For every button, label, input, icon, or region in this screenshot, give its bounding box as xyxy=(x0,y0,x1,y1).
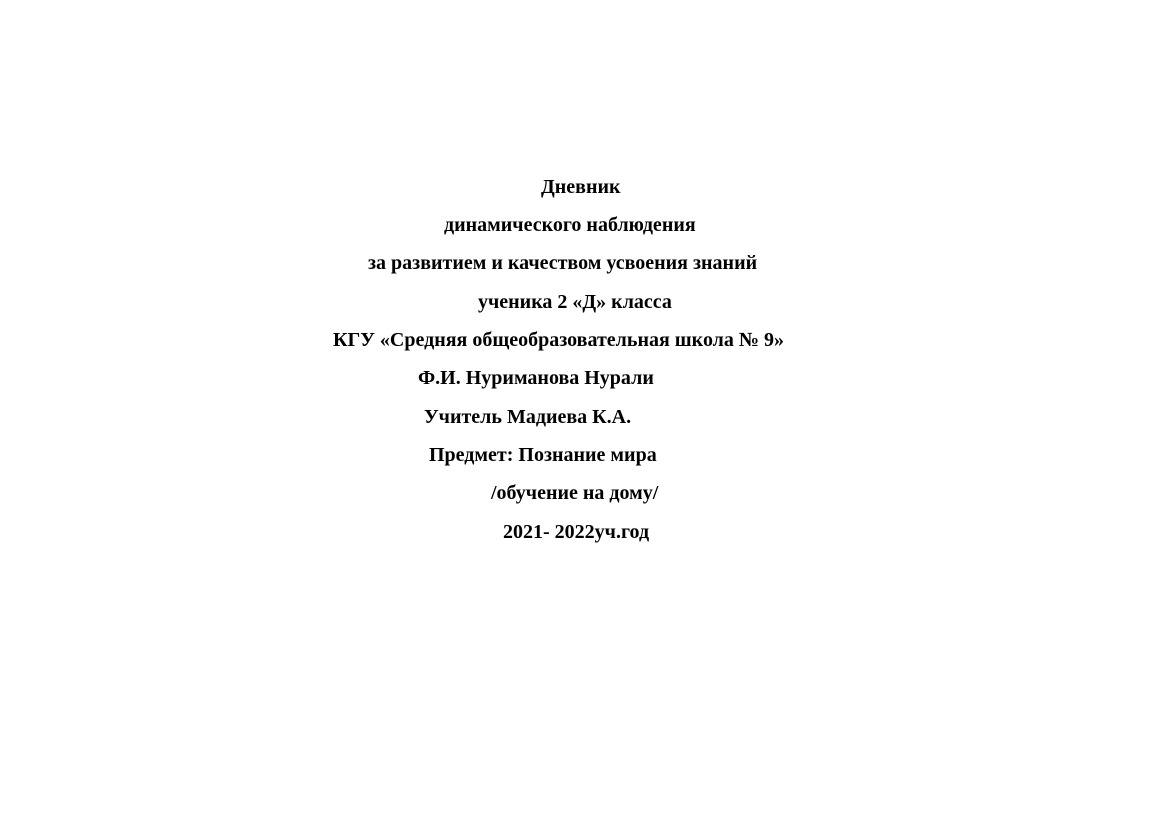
student-name: Ф.И. Нуриманова Нурали xyxy=(418,366,654,390)
school-name: КГУ «Средняя общеобразовательная школа №… xyxy=(333,328,784,352)
study-mode: /обучение на дому/ xyxy=(491,481,658,505)
teacher-name: Учитель Мадиева К.А. xyxy=(424,405,631,429)
title-diary: Дневник xyxy=(541,175,621,199)
student-class: ученика 2 «Д» класса xyxy=(478,290,672,314)
title-dynamic-observation: динамического наблюдения xyxy=(444,213,696,237)
school-year: 2021- 2022уч.год xyxy=(503,520,649,544)
title-development: за развитием и качеством усвоения знаний xyxy=(368,251,757,275)
subject: Предмет: Познание мира xyxy=(429,443,657,467)
